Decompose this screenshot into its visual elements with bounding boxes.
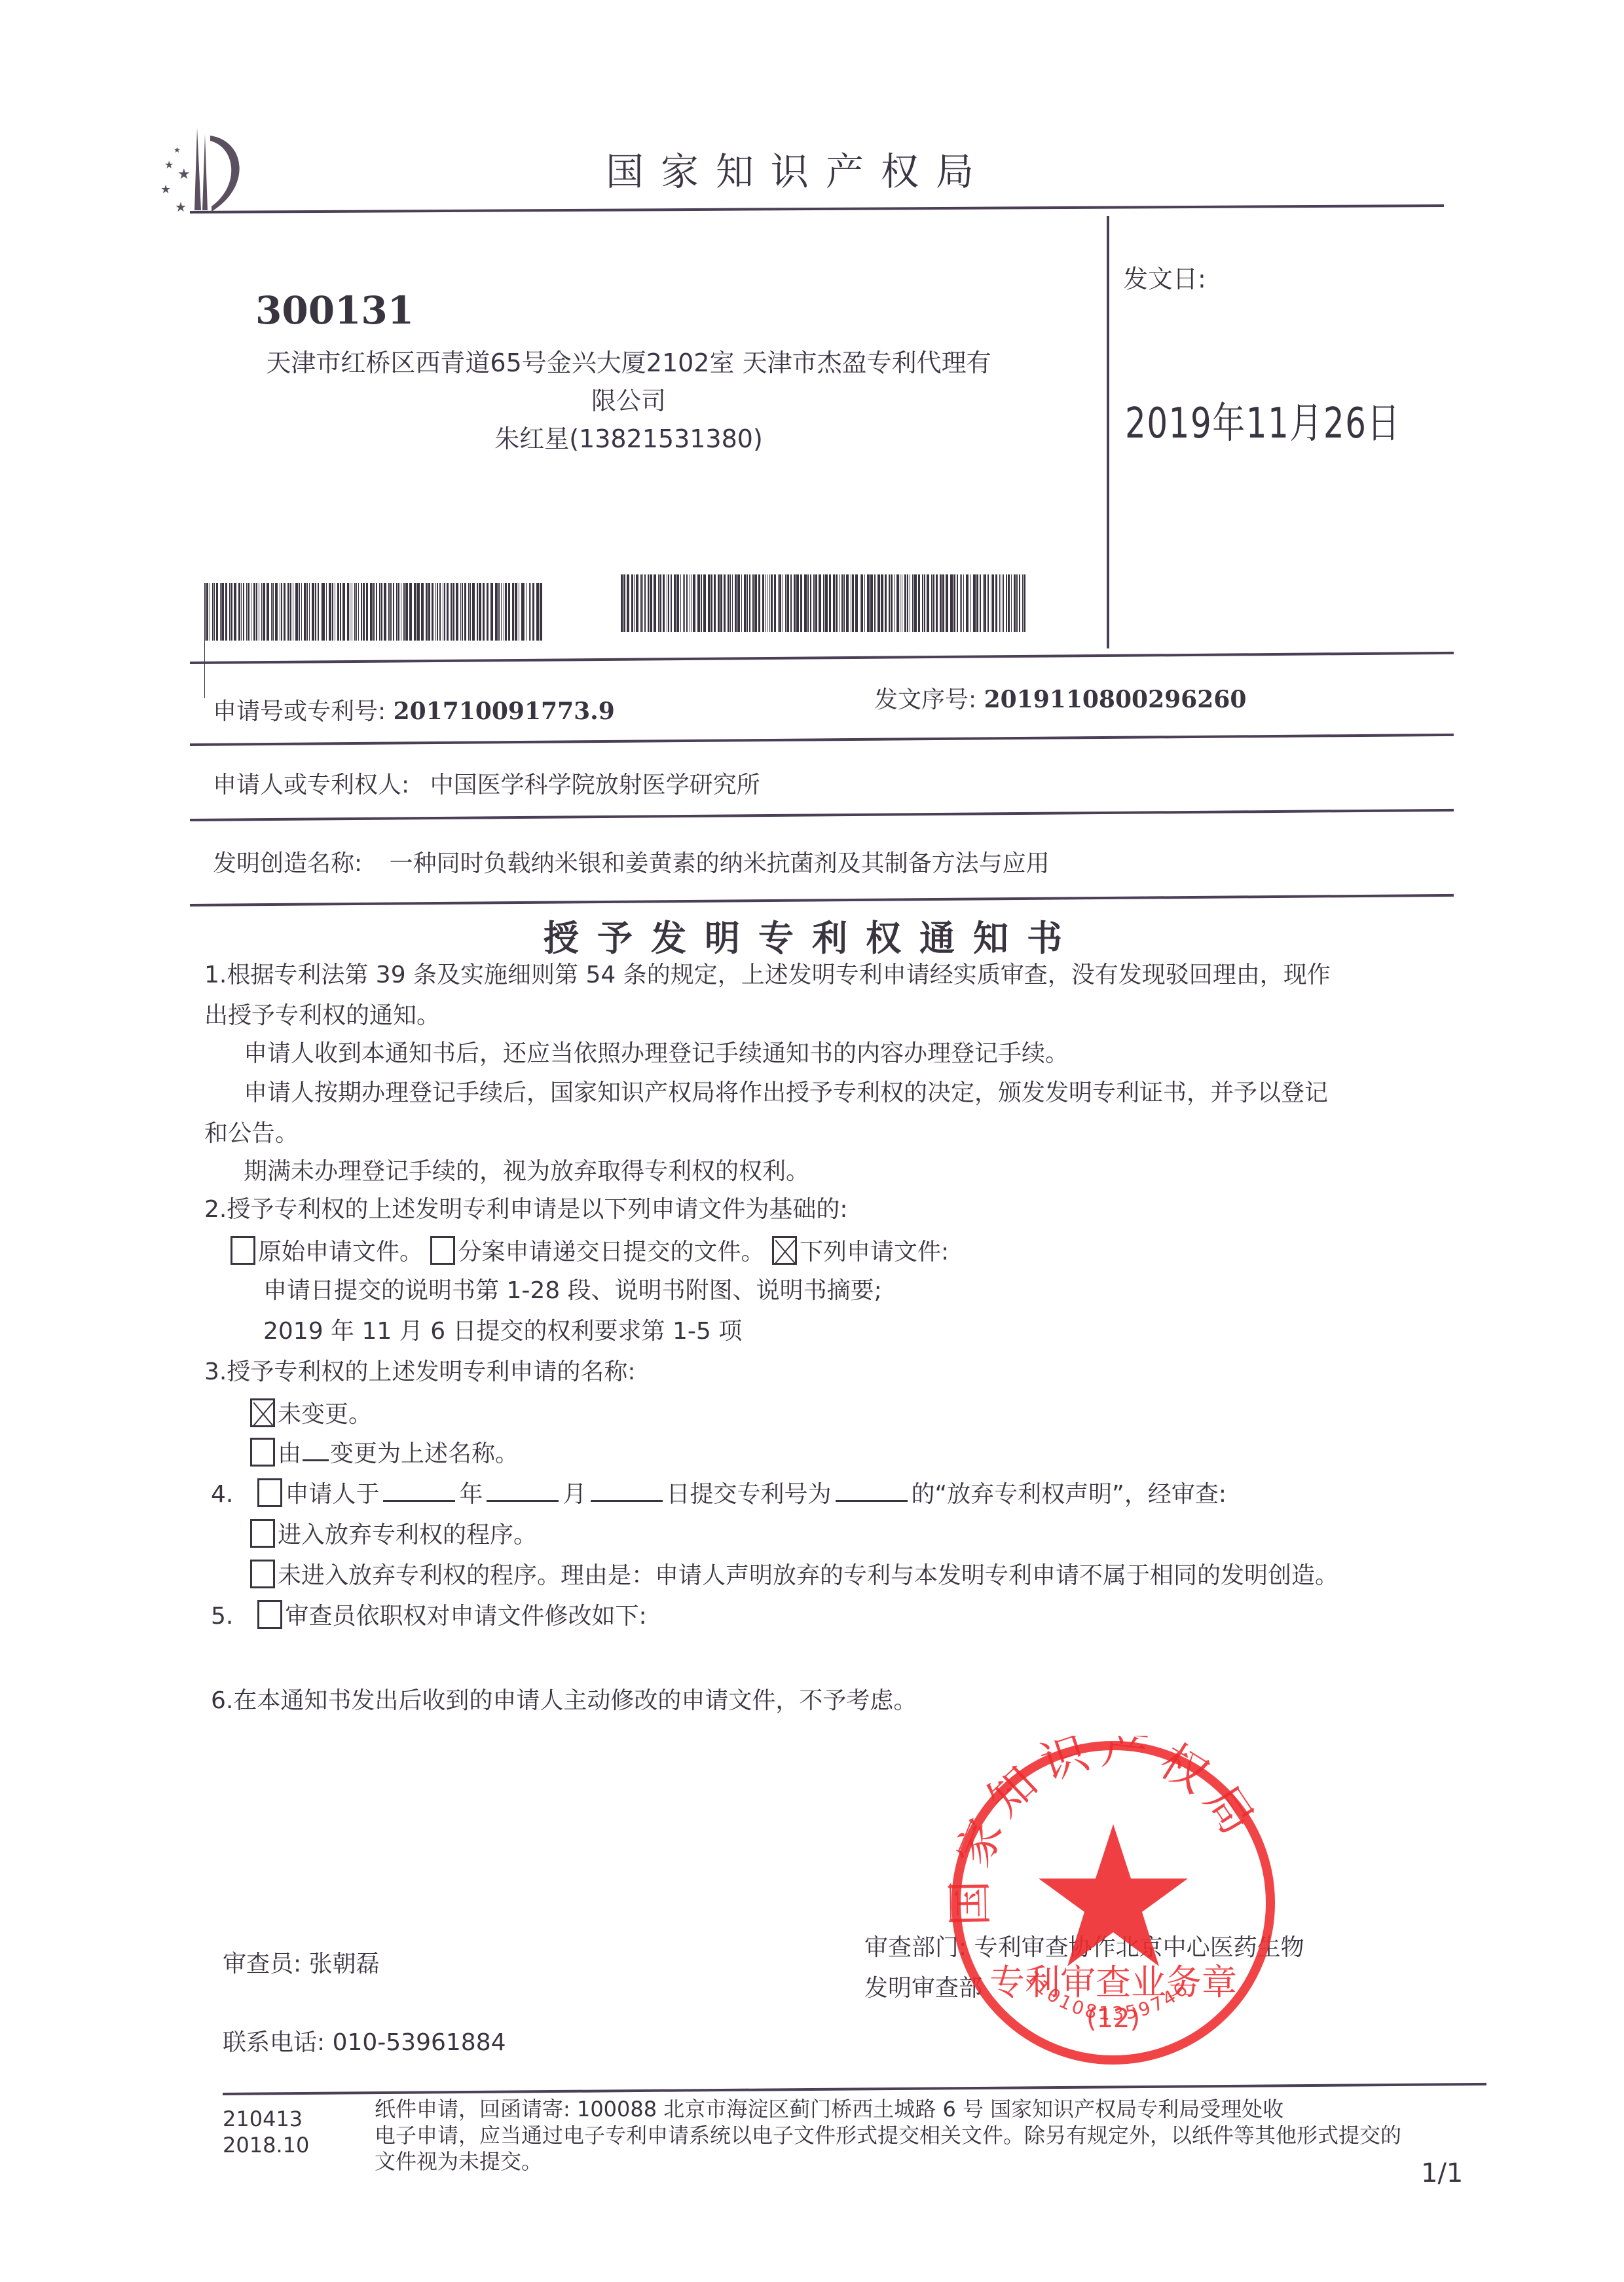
svg-text:★: ★ xyxy=(160,183,171,196)
notice-title: 授予发明专利权通知书 xyxy=(0,910,1624,961)
clause-1-line-1: 1.根据专利法第 39 条及实施细则第 54 条的规定，上述发明专利申请经实质审… xyxy=(204,960,1338,1000)
option-enter-abandonment: 进入放弃专利权的程序。 xyxy=(278,1522,537,1548)
applicant: 中国医学科学院放射医学研究所 xyxy=(430,772,760,798)
checkbox-name-unchanged[interactable] xyxy=(250,1398,275,1427)
applicant-row: 申请人或专利权人: 中国医学科学院放射医学研究所 xyxy=(213,766,760,800)
clause-4-text-1: 申请人于 xyxy=(285,1481,379,1508)
clause-4-text-4: 日提交专利号为 xyxy=(667,1481,832,1508)
checkbox-not-enter-abandonment[interactable] xyxy=(250,1560,275,1588)
clause-1-sub-1: 申请人收到本通知书后，还应当依照办理登记手续通知书的内容办理登记手续。 xyxy=(204,1038,1338,1077)
issue-date-label: 发文日: xyxy=(1123,259,1206,295)
clause-4-option-2: 未进入放弃专利权的程序。理由是：申请人声明放弃的专利与本发明专利申请不属于相同的… xyxy=(204,1560,1338,1600)
clause-1-sub-2-line-1: 申请人按期办理登记手续后，国家知识产权局将作出授予专利权的决定，颁发发明专利证书… xyxy=(204,1077,1338,1118)
svg-text:★: ★ xyxy=(164,159,174,171)
barcode-left xyxy=(204,583,545,641)
checkbox-abandonment-declaration[interactable] xyxy=(257,1478,282,1507)
clause-4-option-1: 进入放弃专利权的程序。 xyxy=(204,1519,1338,1560)
clause-6: 6.在本通知书发出后收到的申请人主动修改的申请文件，不予考虑。 xyxy=(204,1685,1338,1717)
svg-text:★: ★ xyxy=(175,199,187,215)
invention-title: 一种同时负载纳米银和姜黄素的纳米抗菌剂及其制备方法与应用 xyxy=(390,850,1050,877)
address-line-2: 限公司 xyxy=(223,382,1035,420)
option-name-changed-pre: 由 xyxy=(278,1440,301,1467)
office-name: 国家知识产权局 xyxy=(606,141,991,196)
checkbox-following-documents[interactable] xyxy=(772,1236,797,1265)
phone: 联系电话: 010-53961884 xyxy=(223,2027,506,2059)
serial-number-label: 发文序号: xyxy=(874,686,976,713)
footer-line-3: 文件视为未提交。 xyxy=(375,2148,1401,2175)
examiner: 审查员: 张朝磊 xyxy=(223,1949,380,1980)
application-number-row: 申请号或专利号: 201710091773.9 xyxy=(213,693,615,726)
clause-5: 5. 审查员依职权对申请文件修改如下: xyxy=(204,1600,1338,1685)
checkbox-name-changed[interactable] xyxy=(250,1438,275,1467)
divider-1 xyxy=(190,652,1454,664)
footer-line-2: 电子申请，应当通过电子专利申请系统以电子文件形式提交相关文件。除另有规定外，以纸… xyxy=(375,2122,1401,2148)
invention-row: 发明创造名称: 一种同时负载纳米银和姜黄素的纳米抗菌剂及其制备方法与应用 xyxy=(213,845,1050,878)
serial-number: 2019110800296260 xyxy=(984,686,1247,713)
application-number-label: 申请号或专利号: xyxy=(213,698,386,725)
option-name-unchanged: 未变更。 xyxy=(278,1401,372,1428)
clause-1-line-2: 出授予专利权的通知。 xyxy=(204,1000,1338,1038)
checkbox-enter-abandonment[interactable] xyxy=(250,1519,275,1548)
clause-3-option-2: 由变更为上述名称。 xyxy=(204,1438,1338,1478)
clause-4-main: 4. 申请人于年月日提交专利号为的“放弃专利权声明”，经审查: xyxy=(204,1478,1338,1519)
clause-1-sub-2-line-2: 和公告。 xyxy=(204,1118,1338,1156)
divider-4 xyxy=(190,894,1454,907)
clause-3-option-1: 未变更。 xyxy=(204,1398,1338,1438)
footer-instructions: 纸件申请，回函请寄: 100088 北京市海淀区蓟门桥西土城路 6 号 国家知识… xyxy=(375,2096,1401,2175)
form-version: 2018.10 xyxy=(223,2132,309,2158)
footer-line-1: 纸件申请，回函请寄: 100088 北京市海淀区蓟门桥西土城路 6 号 国家知识… xyxy=(375,2096,1401,2122)
recipient-contact: 朱红星(13821531380) xyxy=(223,420,1035,458)
notice-body: 1.根据专利法第 39 条及实施细则第 54 条的规定，上述发明专利申请经实质审… xyxy=(204,960,1338,1717)
option-original-application: 原始申请文件。 xyxy=(258,1239,423,1265)
option-not-enter-abandonment: 未进入放弃专利权的程序。理由是：申请人声明放弃的专利与本发明专利申请不属于相同的… xyxy=(278,1562,1338,1589)
serial-number-row: 发文序号: 2019110800296260 xyxy=(874,681,1246,715)
address-line-1: 天津市红桥区西青道65号金兴大厦2102室 天津市杰盈专利代理有 xyxy=(223,344,1035,382)
postcode: 300131 xyxy=(255,288,414,333)
svg-text:★: ★ xyxy=(174,145,181,155)
name-change-blank xyxy=(303,1440,329,1461)
clause-4-text-5: 的“放弃专利权声明”，经审查: xyxy=(912,1481,1227,1508)
form-code: 210413 2018.10 xyxy=(223,2106,309,2158)
clause-4-text-2: 年 xyxy=(459,1481,483,1508)
clause-2-options: 原始申请文件。 分案申请递交日提交的文件。 下列申请文件: xyxy=(204,1236,1338,1275)
blank-year xyxy=(383,1480,455,1502)
application-number: 201710091773.9 xyxy=(394,698,615,725)
svg-text:★: ★ xyxy=(177,166,191,183)
divider-3 xyxy=(190,809,1454,821)
clause-1-sub-3: 期满未办理登记手续的，视为放弃取得专利权的权利。 xyxy=(204,1156,1338,1194)
clause-5-number: 5. xyxy=(211,1601,250,1632)
option-following-documents: 下列申请文件: xyxy=(800,1239,949,1265)
clause-2-heading: 2.授予专利权的上述发明专利申请是以下列申请文件为基础的: xyxy=(204,1194,1338,1236)
header-divider xyxy=(190,204,1444,214)
clause-4-text-3: 月 xyxy=(563,1481,586,1508)
page-number: 1/1 xyxy=(1421,2160,1463,2186)
clause-2-detail-2: 2019 年 11 月 6 日提交的权利要求第 1-5 项 xyxy=(204,1316,1338,1356)
checkbox-original-application[interactable] xyxy=(231,1236,255,1265)
official-seal: 国家知识产权局 专利审查业务章 (12) 1101081359746 xyxy=(943,1736,1283,2070)
option-examiner-amendment: 审查员依职权对申请文件修改如下: xyxy=(285,1603,646,1630)
clause-3-heading: 3.授予专利权的上述发明专利申请的名称: xyxy=(204,1356,1338,1398)
clause-2-detail-1: 申请日提交的说明书第 1-28 段、说明书附图、说明书摘要; xyxy=(204,1275,1338,1316)
invention-label: 发明创造名称: xyxy=(213,850,362,877)
issue-date: 2019年11月26日 xyxy=(1125,390,1401,450)
option-divisional-application: 分案申请递交日提交的文件。 xyxy=(458,1239,764,1265)
option-name-changed-post: 变更为上述名称。 xyxy=(330,1440,519,1467)
clause-4-number: 4. xyxy=(211,1479,250,1510)
date-box-divider xyxy=(1107,216,1109,648)
divider-2 xyxy=(190,734,1454,746)
barcode-right xyxy=(621,574,1027,632)
cnipa-logo-icon: ★ ★ ★ ★ ★ xyxy=(160,128,285,219)
form-code-number: 210413 xyxy=(223,2106,309,2132)
blank-day xyxy=(591,1480,663,1502)
checkbox-examiner-amendment[interactable] xyxy=(257,1600,282,1629)
footer-divider xyxy=(223,2083,1486,2095)
checkbox-divisional-application[interactable] xyxy=(430,1236,455,1265)
blank-patent-number xyxy=(836,1480,908,1502)
blank-month xyxy=(487,1480,559,1502)
recipient-address: 天津市红桥区西青道65号金兴大厦2102室 天津市杰盈专利代理有 限公司 朱红星… xyxy=(223,344,1035,458)
applicant-label: 申请人或专利权人: xyxy=(213,772,409,798)
